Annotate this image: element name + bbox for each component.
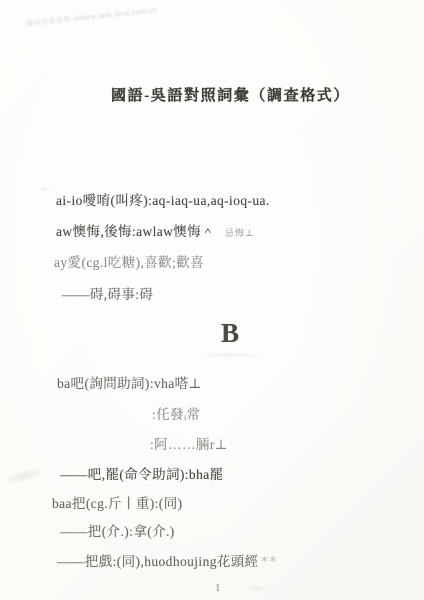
entry-text: ba吧(詢問助詞):vha嗒⊥ (57, 376, 202, 391)
dictionary-entry: ai-io噯唷(叫疼):aq-iaq-ua,aq-ioq-ua. (56, 189, 270, 209)
dictionary-entry: ——把(介.):拿(介.) (60, 520, 175, 540)
entry-text: ai-io噯唷(叫疼):aq-iaq-ua,aq-ioq-ua. (56, 193, 270, 208)
page-number: 1 (215, 582, 221, 594)
entry-text: :仛發ᵢ常 (152, 407, 200, 422)
dictionary-entry: ay愛(cg.l吃糖),喜歡;歡喜 (54, 251, 204, 271)
entry-text: baa把(cg.斤丨重):(同) (52, 496, 182, 511)
dictionary-entry-continuation: :阿……脼r⊥ (150, 433, 228, 453)
section-letter-b: B (221, 318, 239, 349)
dictionary-entry: baa把(cg.斤丨重):(同) (52, 492, 182, 512)
entry-note: ＊＊ (261, 555, 278, 564)
entry-text: ——碍,碍事:碍 (62, 287, 153, 302)
watermark-text: 爱问共享资料 ishare.iask.sina.com.cn (26, 5, 158, 29)
entry-text: ——吧,罷(命令助詞):bha罷 (60, 467, 224, 482)
dictionary-entry: aw懊悔,後悔:awlaw懊悔＾忌悔⊥ (56, 220, 254, 240)
scan-smudge (244, 585, 270, 592)
dictionary-entry-continuation: :仛發ᵢ常 (152, 403, 200, 423)
scan-smudge (36, 184, 53, 193)
dictionary-entry: ba吧(詢問助詞):vha嗒⊥ (57, 372, 202, 392)
entry-text: :阿……脼r⊥ (150, 437, 228, 452)
entry-text: aw懊悔,後悔:awlaw懊悔＾ (56, 224, 215, 239)
dictionary-entry: ——碍,碍事:碍 (62, 283, 153, 303)
page-title: 國語-吳語對照詞彙（調查格式） (111, 84, 350, 105)
entry-text: ay愛(cg.l吃糖),喜歡;歡喜 (54, 255, 204, 270)
entry-text: ——把戲:(同),huodhoujing花頭經 (57, 554, 259, 569)
scan-smudge (1, 463, 47, 488)
dictionary-entry: ——把戲:(同),huodhoujing花頭經＊＊ (57, 550, 277, 570)
entry-text: ——把(介.):拿(介.) (60, 524, 175, 539)
entry-note: 忌悔⊥ (225, 228, 254, 238)
scanned-dictionary-page: 爱问共享资料 ishare.iask.sina.com.cn 國語-吳語對照詞彙… (0, 0, 424, 600)
dictionary-entry: ——吧,罷(命令助詞):bha罷 (60, 463, 224, 483)
scan-smudge (193, 352, 267, 358)
